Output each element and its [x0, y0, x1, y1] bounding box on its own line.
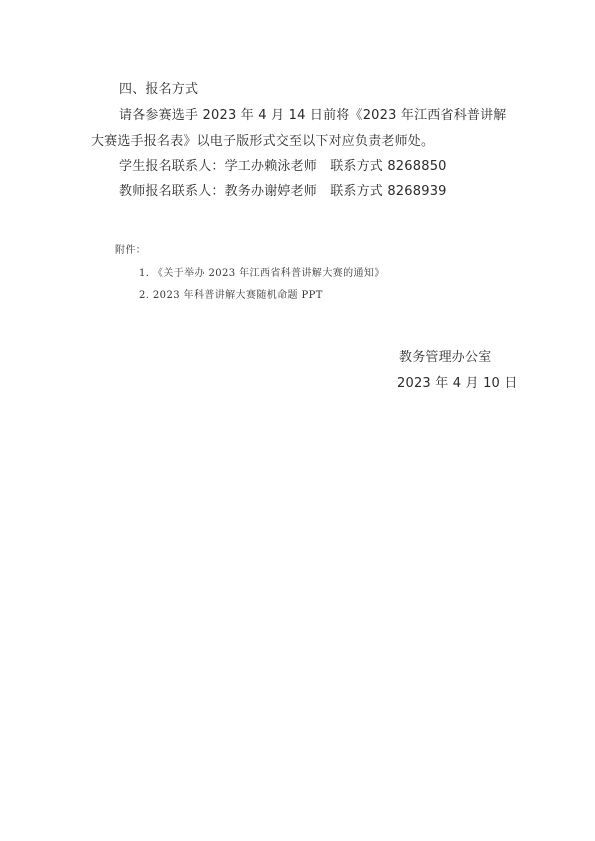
attachments-label: 附件： — [115, 241, 146, 256]
section-heading: 四、报名方式 — [119, 78, 198, 97]
student-contact: 学生报名联系人：学工办赖泳老师 联系方式 8268850 — [119, 155, 447, 174]
paragraph-line-2: 大赛选手报名表》以电子版形式交至以下对应负责老师处。 — [91, 130, 434, 149]
signature-date: 2023 年 4 月 10 日 — [397, 372, 518, 391]
paragraph-line-1: 请各参赛选手 2023 年 4 月 14 日前将《2023 年江西省科普讲解 — [119, 104, 507, 123]
attachment-item-2: 2. 2023 年科普讲解大赛随机命题 PPT — [139, 286, 323, 301]
teacher-contact: 教师报名联系人：教务办谢婷老师 联系方式 8268939 — [119, 180, 447, 199]
signature-office: 教务管理办公室 — [399, 346, 491, 365]
attachment-item-1: 1. 《关于举办 2023 年江西省科普讲解大赛的通知》 — [139, 264, 385, 279]
